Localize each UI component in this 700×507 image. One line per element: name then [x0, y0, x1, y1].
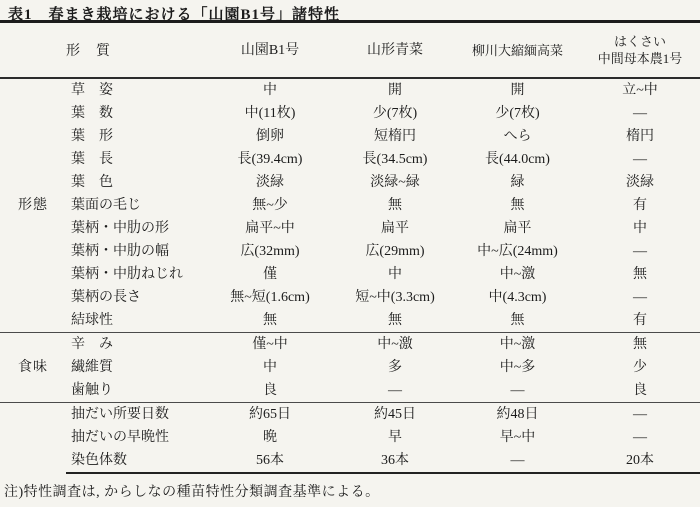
cell-value: 長(44.0cm)	[455, 148, 580, 171]
table-title: 表1 春まき栽培における「山園B1号」諸特性	[0, 0, 700, 23]
table-row: 葉柄・中肋ねじれ僅中中~激無	[0, 263, 700, 286]
variety-column-header-2: 柳川大縮緬高菜	[455, 23, 580, 78]
table-row: 染色体数56本36本―20本	[0, 449, 700, 473]
cell-value: 中	[205, 356, 335, 379]
cell-value: 中(11枚)	[205, 102, 335, 125]
variety-column-header-0: 山園B1号	[205, 23, 335, 78]
table-row: 結球性無無無有	[0, 309, 700, 333]
cell-value: 中	[580, 217, 700, 240]
cell-value: 約48日	[455, 403, 580, 427]
variety-column-header-3: はくさい中間母本農1号	[580, 23, 700, 78]
cell-value: 中(4.3cm)	[455, 286, 580, 309]
cell-value: 中~激	[335, 333, 455, 357]
cell-value: 少(7枚)	[335, 102, 455, 125]
cell-value: 長(39.4cm)	[205, 148, 335, 171]
row-label: 葉柄・中肋の形	[66, 217, 205, 240]
table-row: 葉 色淡緑淡緑~緑緑淡緑	[0, 171, 700, 194]
table-row: 歯触り良――良	[0, 379, 700, 403]
trait-column-header: 形 質	[66, 23, 205, 78]
cell-value: 短楕円	[335, 125, 455, 148]
row-label: 葉柄・中肋ねじれ	[66, 263, 205, 286]
variety-header-line: 山園B1号	[205, 42, 335, 59]
cell-value: 無	[580, 263, 700, 286]
cell-value: 開	[455, 78, 580, 102]
cell-value: 広(29mm)	[335, 240, 455, 263]
table-row: 葉柄・中肋の形扁平~中扁平扁平中	[0, 217, 700, 240]
cell-value: 少(7枚)	[455, 102, 580, 125]
cell-value: 無~少	[205, 194, 335, 217]
cell-value: 約65日	[205, 403, 335, 427]
row-label: 葉 数	[66, 102, 205, 125]
table-footnote: 注)特性調査は, からしなの種苗特性分類調査基準による。	[0, 481, 700, 501]
cell-value: ―	[580, 426, 700, 449]
cell-value: ―	[580, 286, 700, 309]
scanned-table-page: 表1 春まき栽培における「山園B1号」諸特性 形 質 山園B1号山形青菜柳川大縮…	[0, 0, 700, 507]
cell-value: ―	[580, 240, 700, 263]
variety-header-line: 中間母本農1号	[580, 50, 700, 67]
cell-value: 僅~中	[205, 333, 335, 357]
cell-value: ―	[455, 449, 580, 473]
table-row: 葉柄の長さ無~短(1.6cm)短~中(3.3cm)中(4.3cm)―	[0, 286, 700, 309]
cell-value: 中~広(24mm)	[455, 240, 580, 263]
cell-value: 晩	[205, 426, 335, 449]
variety-header-line: 山形青菜	[335, 42, 455, 59]
cell-value: 無	[455, 309, 580, 333]
section-group-label: 形態	[0, 78, 66, 333]
table-row: 抽だい所要日数約65日約45日約48日―	[0, 403, 700, 427]
cell-value: 有	[580, 309, 700, 333]
cell-value: ―	[335, 379, 455, 403]
cell-value: 扁平~中	[205, 217, 335, 240]
cell-value: 無	[580, 333, 700, 357]
table-row: 葉面の毛じ無~少無無有	[0, 194, 700, 217]
cell-value: 36本	[335, 449, 455, 473]
cell-value: 無	[205, 309, 335, 333]
cell-value: 有	[580, 194, 700, 217]
cell-value: 楕円	[580, 125, 700, 148]
cell-value: 早~中	[455, 426, 580, 449]
row-label: 葉 形	[66, 125, 205, 148]
cell-value: 中~激	[455, 263, 580, 286]
cell-value: 広(32mm)	[205, 240, 335, 263]
cell-value: 開	[335, 78, 455, 102]
variety-header-line: 柳川大縮緬高菜	[455, 42, 580, 59]
variety-column-header-1: 山形青菜	[335, 23, 455, 78]
table-header-row: 形 質 山園B1号山形青菜柳川大縮緬高菜はくさい中間母本農1号	[0, 23, 700, 78]
row-label: 結球性	[66, 309, 205, 333]
cell-value: 短~中(3.3cm)	[335, 286, 455, 309]
cell-value: 56本	[205, 449, 335, 473]
variety-header-line: はくさい	[580, 33, 700, 50]
row-label: 葉柄の長さ	[66, 286, 205, 309]
table-row: 食味辛 み僅~中中~激中~激無	[0, 333, 700, 357]
row-label: 繊維質	[66, 356, 205, 379]
cell-value: 倒卵	[205, 125, 335, 148]
cell-value: 緑	[455, 171, 580, 194]
row-label: 歯触り	[66, 379, 205, 403]
row-label: 葉 色	[66, 171, 205, 194]
characteristics-table: 形 質 山園B1号山形青菜柳川大縮緬高菜はくさい中間母本農1号 形態草 姿中開開…	[0, 23, 700, 474]
cell-value: 早	[335, 426, 455, 449]
row-label: 辛 み	[66, 333, 205, 357]
cell-value: 無~短(1.6cm)	[205, 286, 335, 309]
row-label: 抽だいの早晩性	[66, 426, 205, 449]
cell-value: 中~激	[455, 333, 580, 357]
table-row: 抽だいの早晩性晩早早~中―	[0, 426, 700, 449]
row-label: 草 姿	[66, 78, 205, 102]
table-row: 葉 長長(39.4cm)長(34.5cm)長(44.0cm)―	[0, 148, 700, 171]
cell-value: 無	[335, 194, 455, 217]
group-header-spacer	[0, 23, 66, 78]
cell-value: ―	[580, 148, 700, 171]
cell-value: 立~中	[580, 78, 700, 102]
cell-value: 良	[205, 379, 335, 403]
cell-value: 淡緑~緑	[335, 171, 455, 194]
row-label: 抽だい所要日数	[66, 403, 205, 427]
table-row: 葉 数中(11枚)少(7枚)少(7枚)―	[0, 102, 700, 125]
cell-value: 無	[455, 194, 580, 217]
table-row: 形態草 姿中開開立~中	[0, 78, 700, 102]
table-row: 葉柄・中肋の幅広(32mm)広(29mm)中~広(24mm)―	[0, 240, 700, 263]
cell-value: ―	[455, 379, 580, 403]
cell-value: 無	[335, 309, 455, 333]
cell-value: 約45日	[335, 403, 455, 427]
section-group-label	[0, 403, 66, 474]
cell-value: へら	[455, 125, 580, 148]
cell-value: 中	[205, 78, 335, 102]
cell-value: 少	[580, 356, 700, 379]
section-group-label: 食味	[0, 333, 66, 403]
cell-value: 扁平	[335, 217, 455, 240]
cell-value: 僅	[205, 263, 335, 286]
cell-value: ―	[580, 102, 700, 125]
row-label: 葉面の毛じ	[66, 194, 205, 217]
cell-value: 中	[335, 263, 455, 286]
cell-value: 中~多	[455, 356, 580, 379]
cell-value: 長(34.5cm)	[335, 148, 455, 171]
row-label: 葉柄・中肋の幅	[66, 240, 205, 263]
cell-value: 良	[580, 379, 700, 403]
cell-value: 淡緑	[580, 171, 700, 194]
row-label: 葉 長	[66, 148, 205, 171]
cell-value: 淡緑	[205, 171, 335, 194]
cell-value: 扁平	[455, 217, 580, 240]
table-row: 葉 形倒卵短楕円へら楕円	[0, 125, 700, 148]
cell-value: 20本	[580, 449, 700, 473]
cell-value: ―	[580, 403, 700, 427]
cell-value: 多	[335, 356, 455, 379]
table-row: 繊維質中多中~多少	[0, 356, 700, 379]
row-label: 染色体数	[66, 449, 205, 473]
